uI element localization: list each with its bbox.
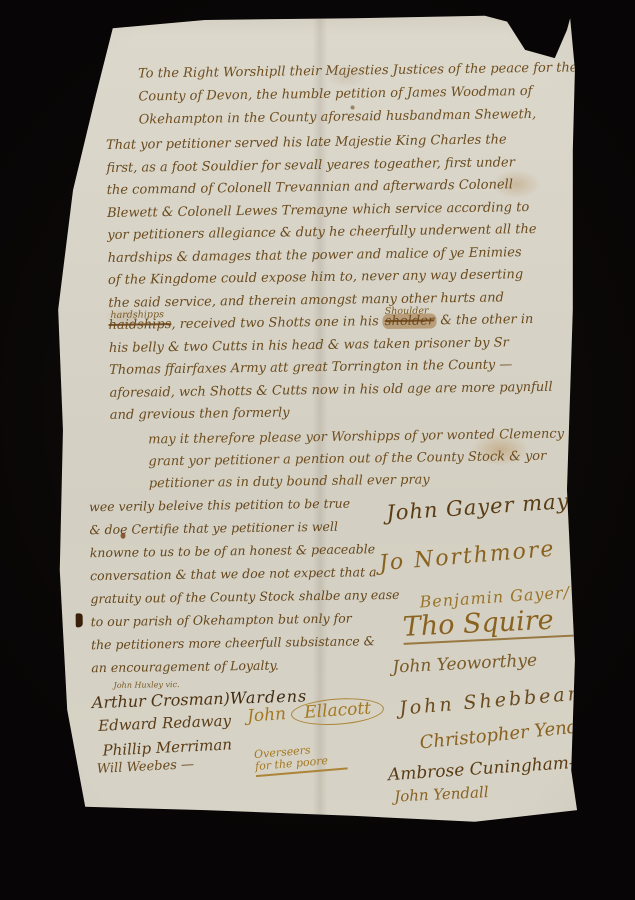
signature-last-name: Ellacott <box>291 696 385 728</box>
manuscript-line: the petitioners more cheerfull subsistan… <box>91 629 411 656</box>
manuscript-paper: To the Right Worshipll their Majesties J… <box>55 10 585 840</box>
ink-speck <box>120 533 125 539</box>
ink-blot <box>76 613 83 627</box>
manuscript-line: gratuity out of the County Stock shalbe … <box>90 583 410 610</box>
line-text: , received two Shotts one in his <box>171 314 383 332</box>
signature-first-name: John <box>246 704 292 727</box>
signature: John Shebbeare <box>398 681 594 719</box>
correction-hardshipps: hardshippshaidships <box>108 314 171 337</box>
signature: Tho Squire <box>402 603 578 645</box>
overseers-note: Overseers for the poore <box>254 742 348 778</box>
line-text: & the other in <box>436 312 533 328</box>
manuscript-line: an encouragement of Loyalty. <box>91 652 411 679</box>
signature: John Yeoworthye <box>392 650 538 677</box>
inserted-word: Shoulder <box>385 300 429 323</box>
certification-text: wee verily beleive this petition to be t… <box>89 491 412 679</box>
petition-prayer: may it therefore please yor Worshipps of… <box>148 424 569 496</box>
petition-heading: To the Right Worshipll their Majesties J… <box>138 57 569 132</box>
correction-shoulder: Shouldersholder <box>383 310 437 333</box>
signature: Ambrose Cuningham— <box>387 752 586 785</box>
signature-mayor: John Gayer mayr <box>386 488 582 525</box>
signature-name: Arthur Crosman <box>92 689 224 712</box>
inserted-word: hardshipps <box>110 304 164 327</box>
ink-speck <box>351 105 355 109</box>
manuscript-content: To the Right Worshipll their Majesties J… <box>49 6 591 843</box>
clerk-note: John Huxley vic. <box>114 680 180 690</box>
petition-body: That yor petitioner served his late Maje… <box>106 128 575 427</box>
signature: John Yendall <box>394 783 489 806</box>
